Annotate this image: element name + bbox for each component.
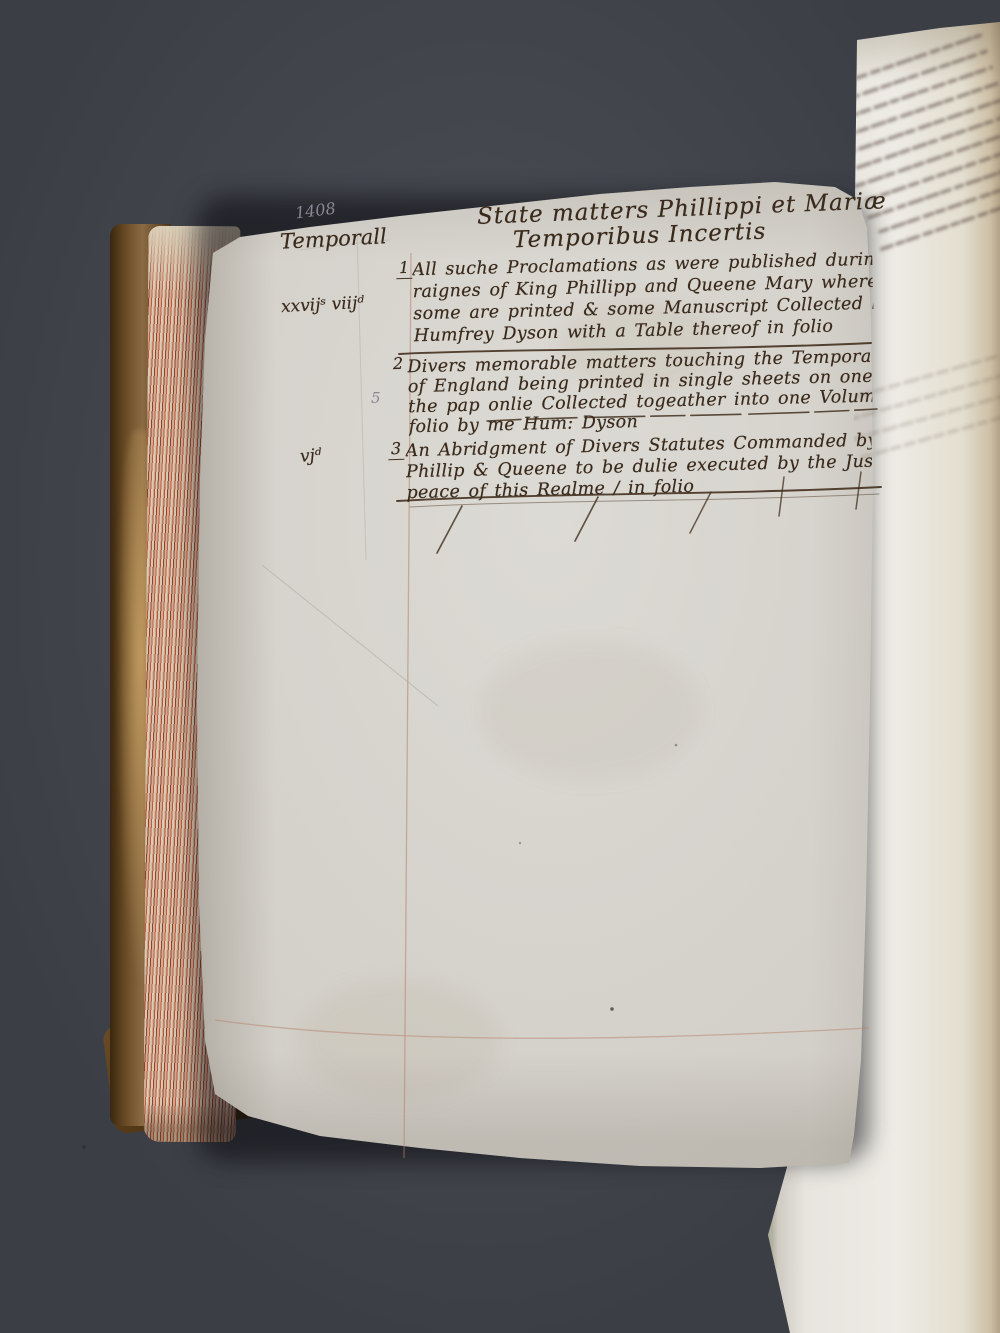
manuscript-photo: 1408 State matters Phillippi et Mariæ Te… xyxy=(0,0,1000,1333)
entry-3-text: An Abridgment of Divers Statutes Command… xyxy=(405,431,872,505)
entry-1-text: All suche Proclamations as were publishe… xyxy=(412,249,874,347)
entry-2-text: Divers memorable matters touching the Te… xyxy=(407,347,873,438)
paper-stain xyxy=(480,640,700,780)
margin-pencil-note: 5 xyxy=(371,389,381,407)
entry-2-number: 2 xyxy=(390,354,407,375)
margin-price-note-entry-3: vjᵈ xyxy=(299,445,322,467)
entry-1-number: 1 xyxy=(396,258,413,280)
entry-3-number: 3 xyxy=(388,439,405,461)
paper-stain xyxy=(300,980,500,1100)
